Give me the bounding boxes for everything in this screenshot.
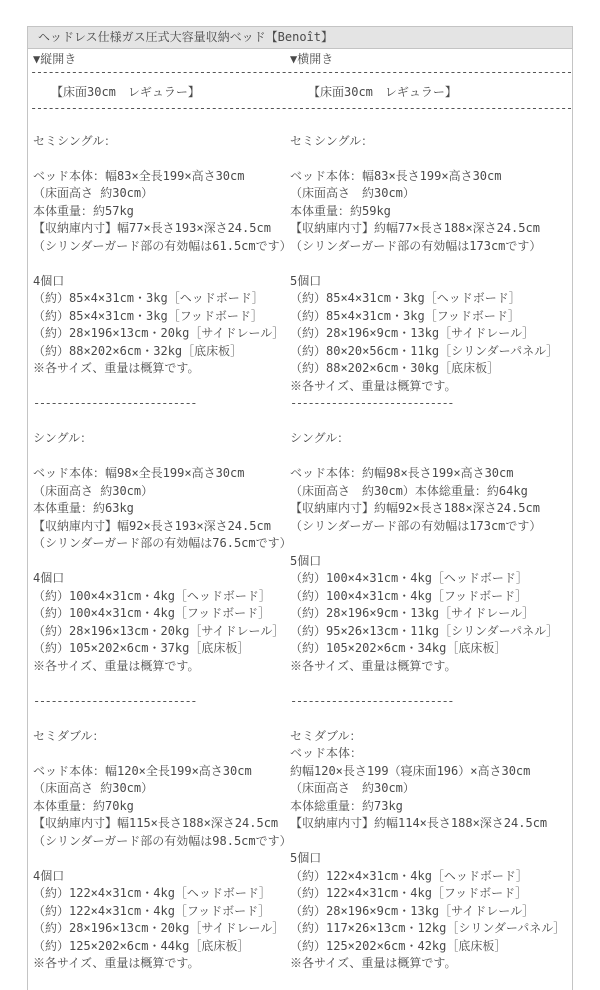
spec-line: （約）125×202×6cm・42kg［底床板］ <box>290 938 572 956</box>
spec-line: （床面高さ 約30cm） <box>33 780 285 798</box>
spec-line: 4個口 <box>33 868 285 886</box>
spec-line: ※各サイズ、重量は概算です。 <box>33 360 285 378</box>
spec-sheet: ヘッドレス仕様ガス圧式大容量収納ベッド【Benoît】 ▼縦開き ▼横開き --… <box>27 26 573 990</box>
spec-line: セミシングル： <box>290 133 572 151</box>
spec-columns: セミシングル：ベッド本体：幅83×全長199×高さ30cm（床面高さ 約30cm… <box>28 115 572 973</box>
spec-line: 【収納庫内寸】約幅92×長さ188×深さ24.5cm <box>290 500 572 518</box>
spec-line: （シリンダーガード部の有効幅は173cmです） <box>290 518 572 536</box>
spec-line: 約幅120×長さ199（寝床面196）×高さ30cm <box>290 763 572 781</box>
spec-line: セミダブル： <box>33 728 285 746</box>
spec-line: （シリンダーガード部の有効幅は76.5cmです） <box>33 535 285 553</box>
spec-line: （シリンダーガード部の有効幅は98.5cmです） <box>33 833 285 851</box>
spec-line <box>33 553 285 571</box>
spec-line: （約）28×196×9cm・13kg［サイドレール］ <box>290 903 572 921</box>
spec-line: ベッド本体：約幅98×長さ199×高さ30cm <box>290 465 572 483</box>
spec-line: 5個口 <box>290 273 572 291</box>
spec-line <box>290 448 572 466</box>
spec-line: 本体重量：約57kg <box>33 203 285 221</box>
spec-line: （約）88×202×6cm・32kg［底床板］ <box>33 343 285 361</box>
spec-line: （約）105×202×6cm・34kg［底床板］ <box>290 640 572 658</box>
spec-line: （床面高さ 約30cm）本体総重量：約64kg <box>290 483 572 501</box>
spec-line: ※各サイズ、重量は概算です。 <box>290 955 572 973</box>
spec-line: ※各サイズ、重量は概算です。 <box>290 658 572 676</box>
spec-line: ※各サイズ、重量は概算です。 <box>33 955 285 973</box>
open-type-row: ▼縦開き ▼横開き <box>28 49 572 69</box>
spec-line <box>290 150 572 168</box>
spec-line: （約）100×4×31cm・4kg［フッドボード］ <box>33 605 285 623</box>
spec-line: （約）95×26×13cm・11kg［シリンダーパネル］ <box>290 623 572 641</box>
spec-line: 【収納庫内寸】約幅77×長さ188×深さ24.5cm <box>290 220 572 238</box>
spec-line: 本体総重量：約73kg <box>290 798 572 816</box>
spec-line: （約）85×4×31cm・3kg［ヘッドボード］ <box>33 290 285 308</box>
spec-line: （約）28×196×13cm・20kg［サイドレール］ <box>33 325 285 343</box>
spec-line: （約）85×4×31cm・3kg［フッドボード］ <box>290 308 572 326</box>
spec-line <box>33 413 285 431</box>
spec-line: （約）28×196×13cm・20kg［サイドレール］ <box>33 920 285 938</box>
spec-line <box>33 745 285 763</box>
spec-line: 本体重量：約70kg <box>33 798 285 816</box>
spec-line: シングル： <box>290 430 572 448</box>
spec-column-horizontal-open: セミシングル：ベッド本体：幅83×長さ199×高さ30cm（床面高さ 約30cm… <box>285 115 572 973</box>
spec-line: 【収納庫内寸】幅115×長さ188×深さ24.5cm <box>33 815 285 833</box>
spec-line: 【収納庫内寸】約幅114×長さ188×深さ24.5cm <box>290 815 572 833</box>
spec-line: 本体重量：約63kg <box>33 500 285 518</box>
spec-line: （シリンダーガード部の有効幅は61.5cmです） <box>33 238 285 256</box>
spec-line: （約）122×4×31cm・4kg［ヘッドボード］ <box>290 868 572 886</box>
spec-line: 【収納庫内寸】幅92×長さ193×深さ24.5cm <box>33 518 285 536</box>
spec-line: ---------------------------- <box>33 693 285 711</box>
spec-line: （約）117×26×13cm・12kg［シリンダーパネル］ <box>290 920 572 938</box>
page-title: ヘッドレス仕様ガス圧式大容量収納ベッド【Benoît】 <box>28 27 572 49</box>
spec-line: （床面高さ 約30cm） <box>33 483 285 501</box>
spec-line: （床面高さ 約30cm） <box>290 780 572 798</box>
spec-line: （約）85×4×31cm・3kg［ヘッドボード］ <box>290 290 572 308</box>
size-variant-row: 【床面30cm レギュラー】 【床面30cm レギュラー】 <box>28 79 572 105</box>
spec-line: ---------------------------- <box>290 395 572 413</box>
spec-line: （約）100×4×31cm・4kg［ヘッドボード］ <box>290 570 572 588</box>
dashed-divider: ----------------------------------------… <box>28 105 572 115</box>
spec-line: （約）125×202×6cm・44kg［底床板］ <box>33 938 285 956</box>
spec-line: （約）28×196×9cm・13kg［サイドレール］ <box>290 605 572 623</box>
spec-line: セミダブル： <box>290 728 572 746</box>
spec-line: ベッド本体：幅98×全長199×高さ30cm <box>33 465 285 483</box>
spec-line <box>290 710 572 728</box>
spec-line <box>33 255 285 273</box>
spec-line: （約）100×4×31cm・4kg［ヘッドボード］ <box>33 588 285 606</box>
spec-line: （約）105×202×6cm・37kg［底床板］ <box>33 640 285 658</box>
spec-line: ベッド本体：幅120×全長199×高さ30cm <box>33 763 285 781</box>
spec-line <box>33 675 285 693</box>
spec-line: ベッド本体： <box>290 745 572 763</box>
spec-line: ※各サイズ、重量は概算です。 <box>290 378 572 396</box>
spec-line: 4個口 <box>33 570 285 588</box>
spec-line: 【収納庫内寸】幅77×長さ193×深さ24.5cm <box>33 220 285 238</box>
spec-line: 5個口 <box>290 850 572 868</box>
spec-column-vertical-open: セミシングル：ベッド本体：幅83×全長199×高さ30cm（床面高さ 約30cm… <box>28 115 285 973</box>
spec-line: ---------------------------- <box>33 395 285 413</box>
column-heading-horizontal-open: ▼横開き <box>285 49 572 69</box>
spec-line <box>290 115 572 133</box>
column-heading-vertical-open: ▼縦開き <box>28 49 285 69</box>
spec-line <box>290 255 572 273</box>
spec-line <box>290 833 572 851</box>
spec-line <box>33 850 285 868</box>
spec-line: （約）88×202×6cm・30kg［底床板］ <box>290 360 572 378</box>
spec-line: ---------------------------- <box>290 693 572 711</box>
spec-line: ※各サイズ、重量は概算です。 <box>33 658 285 676</box>
spec-line: （床面高さ 約30cm） <box>33 185 285 203</box>
spec-line: （約）85×4×31cm・3kg［フッドボード］ <box>33 308 285 326</box>
spec-line <box>33 150 285 168</box>
spec-line: 4個口 <box>33 273 285 291</box>
dashed-divider: ----------------------------------------… <box>28 69 572 79</box>
spec-line: （約）100×4×31cm・4kg［フッドボード］ <box>290 588 572 606</box>
spec-line: （約）122×4×31cm・4kg［フッドボード］ <box>290 885 572 903</box>
spec-line <box>33 448 285 466</box>
spec-line: （床面高さ 約30cm） <box>290 185 572 203</box>
spec-line <box>33 710 285 728</box>
spec-line: シングル： <box>33 430 285 448</box>
spec-line: （約）122×4×31cm・4kg［ヘッドボード］ <box>33 885 285 903</box>
spec-line: 本体重量：約59kg <box>290 203 572 221</box>
spec-line <box>290 413 572 431</box>
spec-line <box>290 535 572 553</box>
spec-line <box>33 115 285 133</box>
spec-line: ベッド本体：幅83×長さ199×高さ30cm <box>290 168 572 186</box>
spec-line: セミシングル： <box>33 133 285 151</box>
size-label-horizontal: 【床面30cm レギュラー】 <box>285 79 572 105</box>
spec-line: （約）122×4×31cm・4kg［フッドボード］ <box>33 903 285 921</box>
spec-line <box>290 675 572 693</box>
spec-line: 5個口 <box>290 553 572 571</box>
spec-line: （約）80×20×56cm・11kg［シリンダーパネル］ <box>290 343 572 361</box>
spec-line <box>33 378 285 396</box>
spec-line: （約）28×196×9cm・13kg［サイドレール］ <box>290 325 572 343</box>
spec-line: ベッド本体：幅83×全長199×高さ30cm <box>33 168 285 186</box>
spec-line: （シリンダーガード部の有効幅は173cmです） <box>290 238 572 256</box>
size-label-vertical: 【床面30cm レギュラー】 <box>28 79 285 105</box>
spec-line: （約）28×196×13cm・20kg［サイドレール］ <box>33 623 285 641</box>
